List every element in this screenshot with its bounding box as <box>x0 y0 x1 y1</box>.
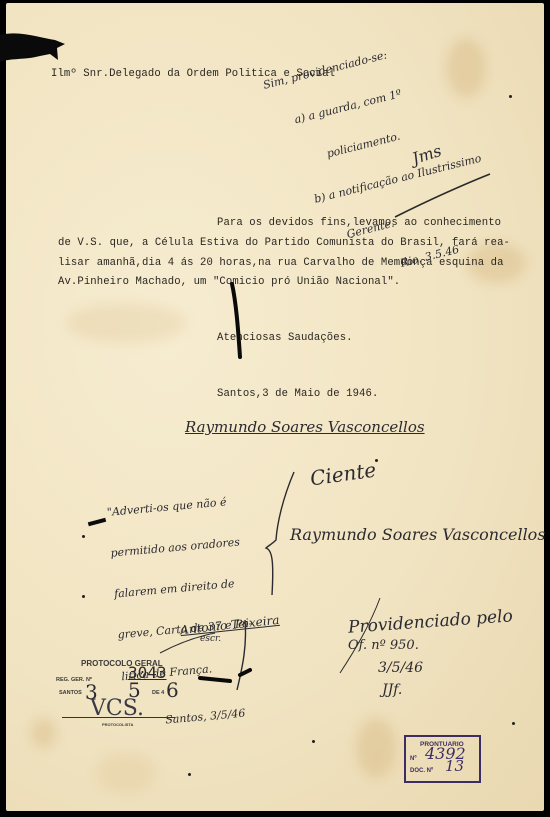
prontuario-doc-number: 13 <box>445 757 464 776</box>
speck <box>82 535 85 538</box>
speck <box>375 459 378 462</box>
ink-stroke <box>228 282 248 362</box>
ink-blot <box>0 30 80 90</box>
speck <box>188 773 191 776</box>
de-label: DE 4 <box>152 690 164 696</box>
ciente-signature: Raymundo Soares Vasconcellos <box>290 525 546 545</box>
stamp-initials: VCS. <box>90 695 144 723</box>
place-date: Santos,3 de Maio de 1946. <box>217 388 378 400</box>
speck <box>82 595 85 598</box>
stamp-year: 6 <box>166 678 179 703</box>
prontuario-doc-label: DOC. Nº <box>410 768 433 774</box>
prontuario-no-label: Nº <box>410 756 417 762</box>
note-line: "Adverti-os que não é <box>106 494 242 519</box>
stain <box>356 718 396 778</box>
santos-label: SANTOS <box>59 690 82 696</box>
stain <box>96 753 156 793</box>
note-line: permitido aos oradores <box>110 535 246 560</box>
providenciado-stroke <box>335 595 395 675</box>
speck <box>509 95 512 98</box>
note-line: falarem em direito de <box>114 576 250 601</box>
speck <box>312 740 315 743</box>
providenciado-initials: JJf. <box>382 682 402 700</box>
protocolista-label: PROTOCOLISTA <box>102 722 133 727</box>
stain <box>31 718 56 748</box>
stain <box>66 303 186 343</box>
stamp-rule <box>62 717 175 718</box>
main-signature: Raymundo Soares Vasconcellos <box>185 418 425 437</box>
speck <box>512 722 515 725</box>
